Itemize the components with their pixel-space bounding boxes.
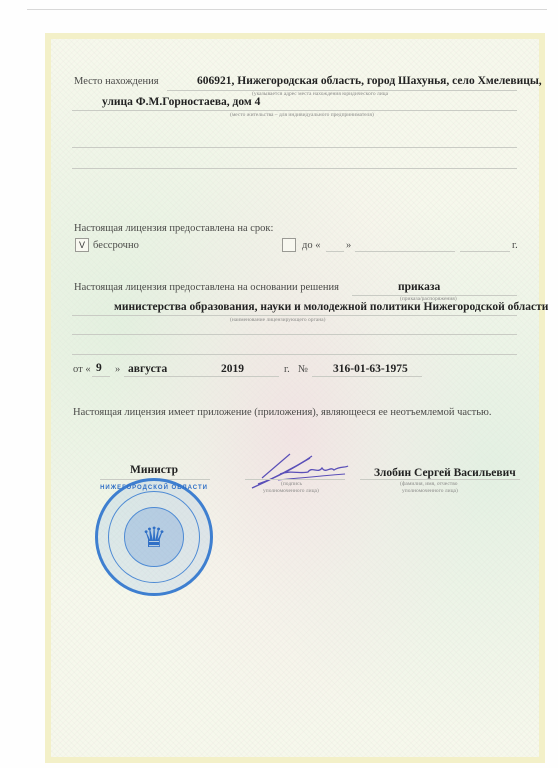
date-year-suffix: г. [284,364,290,375]
authority-hint: (наименование лицензирующего органа) [230,317,325,323]
appendix-note: Настоящая лицензия имеет приложение (при… [73,407,492,418]
decision-number: 316-01-63-1975 [333,363,408,375]
decision-type: приказа [398,281,440,293]
number-rule [312,376,422,377]
signatory-name: Злобин Сергей Васильевич [374,467,516,479]
stamp-caption: НИЖЕГОРОДСКОЙ ОБЛАСТИ [98,485,210,491]
official-stamp: НИЖЕГОРОДСКОЙ ОБЛАСТИ ♛ [95,478,213,596]
until-day-rule [326,251,344,252]
location-hint-2: (место жительства – для индивидуального … [230,112,374,118]
license-sheet [45,33,545,763]
location-line-1: 606921, Нижегородская область, город Шах… [197,75,542,87]
date-year-rule [219,376,279,377]
date-day: 9 [96,362,102,374]
date-day-rule [92,376,110,377]
licensing-authority: министерства образования, науки и молоде… [114,301,548,313]
date-from-label: от « [73,364,91,375]
until-year-rule [460,251,510,252]
until-label: до « [302,240,320,251]
blank-rule-3 [72,334,517,335]
date-month-rule [124,376,219,377]
date-quote-close: » [115,364,120,375]
signature-hint-2: уполномоченного лица) [263,488,319,494]
signature-hint-1: (подпись [281,481,302,487]
date-month: августа [128,363,167,375]
location-label: Место нахождения [74,76,159,87]
blank-rule-4 [72,354,517,355]
number-label: № [298,364,308,375]
unlimited-label: бессрочно [93,240,139,251]
unlimited-checkbox[interactable]: V [75,238,89,252]
date-year: 2019 [221,363,244,375]
signature-rule [245,479,345,480]
name-hint-2: уполномоченного лица) [402,488,458,494]
until-month-rule [355,251,455,252]
until-checkbox[interactable] [282,238,296,252]
name-rule [360,479,520,480]
scan-edge-line [27,9,547,10]
basis-label: Настоящая лицензия предоставлена на осно… [74,282,339,293]
coat-of-arms-icon: ♛ [98,521,210,554]
blank-rule-1 [72,147,517,148]
signatory-position: Министр [130,464,178,476]
location-line-2: улица Ф.М.Горностаева, дом 4 [102,96,260,108]
location-hint-1: (указывается адрес места нахождения юрид… [252,91,388,97]
authority-rule [72,315,517,316]
location-rule-2 [72,110,517,111]
term-label: Настоящая лицензия предоставлена на срок… [74,223,273,234]
blank-rule-2 [72,168,517,169]
name-hint-1: (фамилия, имя, отчество [400,481,458,487]
until-year-suffix: г. [512,240,518,251]
until-quote-close: » [346,240,351,251]
